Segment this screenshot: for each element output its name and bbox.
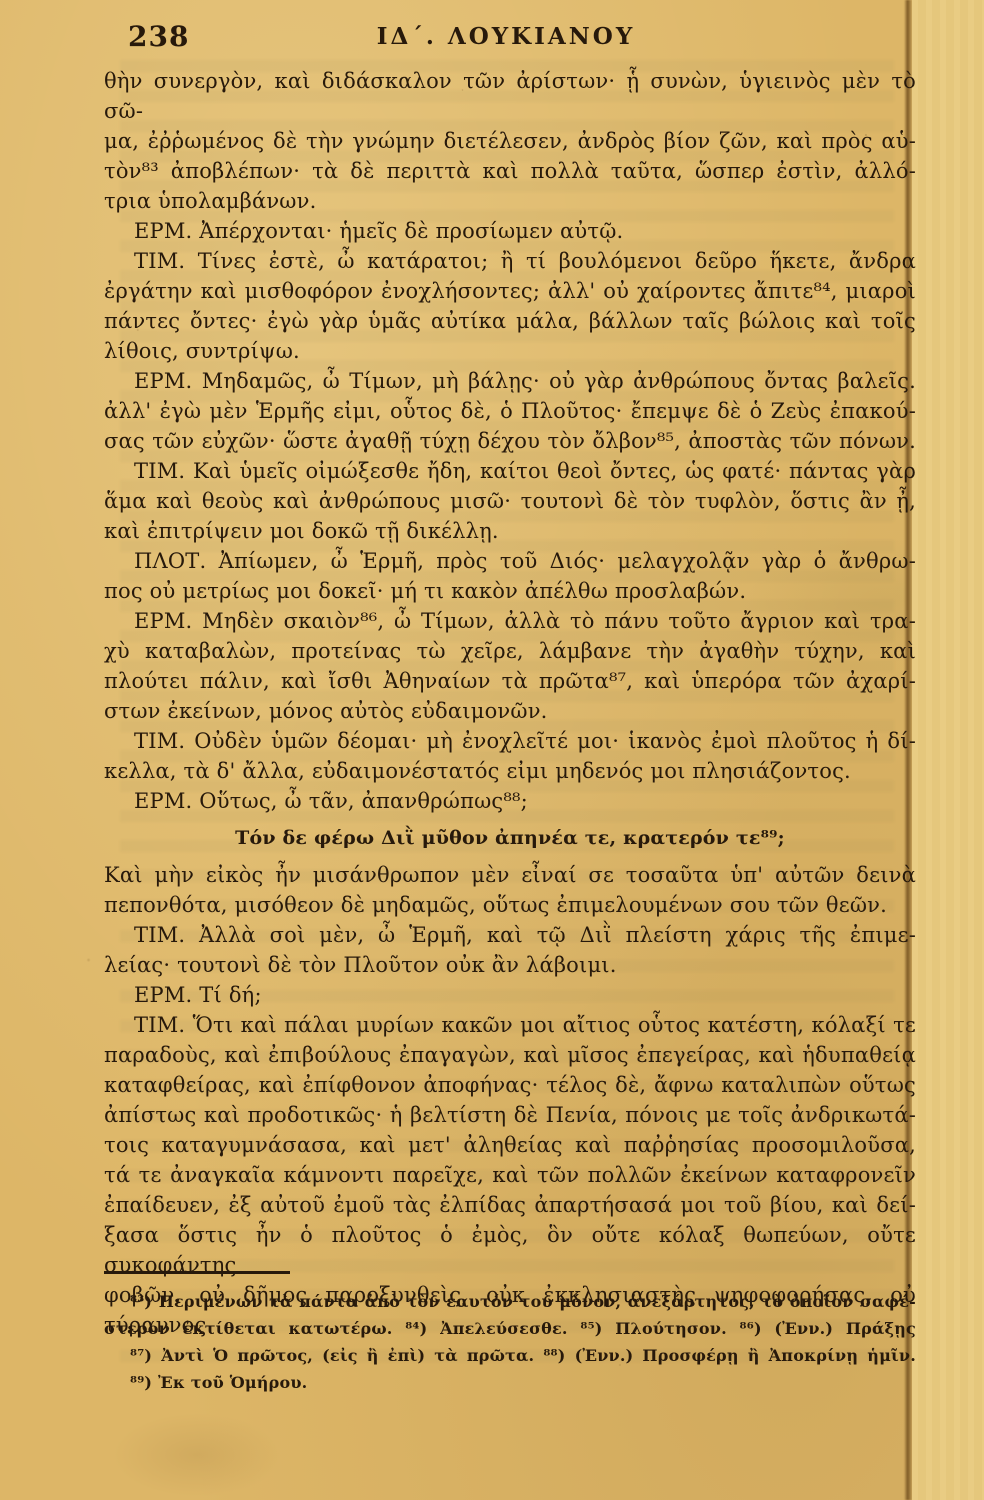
text-line: ΤΙΜ. Τίνες ἐστὲ, ὦ κατάρατοι; ἢ τί βουλό… [104, 246, 916, 276]
text-line: πεπονθότα, μισόθεον δὲ μηδαμῶς, οὕτως ἐπ… [104, 890, 916, 920]
text-line: πάντες ὄντες· ἐγὼ γὰρ ὑμᾶς αὐτίκα μάλα, … [104, 306, 916, 336]
text-line: ΠΛΟΤ. Ἀπίωμεν, ὦ Ἑρμῆ, πρὸς τοῦ Διός· με… [104, 546, 916, 576]
running-title: ΙΔ΄. ΛΟΥΚΙΑΝΟΥ [104, 23, 908, 50]
text-line: ἀλλ' ἐγὼ μὲν Ἑρμῆς εἰμι, οὗτος δὲ, ὁ Πλο… [104, 396, 916, 426]
text-line: ἐπαίδευεν, ἐξ αὐτοῦ ἐμοῦ τὰς ἐλπίδας ἀπα… [104, 1190, 916, 1220]
footnote-line: ⁸³) Περιμένων τὰ πάντα ἀπὸ τὸν ἑαυτόν το… [104, 1288, 916, 1315]
text-line: ἀπίστως καὶ προδοτικῶς· ἡ βελτίστη δὲ Πε… [104, 1100, 916, 1130]
text-line: λείας· τουτονὶ δὲ τὸν Πλοῦτον οὐκ ἂν λάβ… [104, 950, 916, 980]
text-line: ΕΡΜ. Οὕτως, ὦ τᾶν, ἀπανθρώπως⁸⁸; [104, 786, 916, 816]
text-line: ΤΙΜ. Ἀλλὰ σοὶ μὲν, ὦ Ἑρμῆ, καὶ τῷ Διῒ πλ… [104, 920, 916, 950]
text-line: Καὶ μὴν εἰκὸς ἦν μισάνθρωπον μὲν εἶναί σ… [104, 860, 916, 890]
text-line: ΕΡΜ. Τί δή; [104, 980, 916, 1010]
text-line: καὶ ἐπιτρίψειν μοι δοκῶ τῇ δικέλλῃ. [104, 516, 916, 546]
text-line: ἐργάτην καὶ μισθοφόρον ἐνοχλήσοντες; ἀλλ… [104, 276, 916, 306]
text-line: σας τῶν εὐχῶν· ὥστε ἀγαθῇ τύχῃ δέχου τὸν… [104, 426, 916, 456]
footnote-line: ⁸⁷) Ἀντὶ Ὁ πρῶτος, (εἰς ἢ ἐπὶ) τὰ πρῶτα.… [104, 1342, 916, 1369]
text-line: ΕΡΜ. Ἀπέρχονται· ἡμεῖς δὲ προσίωμεν αὐτῷ… [104, 216, 916, 246]
text-line: στων ἐκείνων, μόνος αὐτὸς εὐδαιμονῶν. [104, 696, 916, 726]
page-header: 238 ΙΔ΄. ΛΟΥΚΙΑΝΟΥ [104, 20, 908, 60]
text-line: τρια ὑπολαμβάνων. [104, 186, 916, 216]
text-line: πος οὐ μετρίως μοι δοκεῖ· μή τι κακὸν ἀπ… [104, 576, 916, 606]
text-line: τά τε ἀναγκαῖα κάμνοντι παρεῖχε, καὶ τῶν… [104, 1160, 916, 1190]
text-line: ΤΙΜ. Καὶ ὑμεῖς οἰμώξεσθε ἤδη, καίτοι θεο… [104, 456, 916, 486]
text-line: ΤΙΜ. Ὅτι καὶ πάλαι μυρίων κακῶν μοι αἴτι… [104, 1010, 916, 1040]
text-line: θὴν συνεργὸν, καὶ διδάσκαλον τῶν ἀρίστων… [104, 66, 916, 126]
text-line: ΤΙΜ. Οὐδὲν ὑμῶν δέομαι· μὴ ἐνοχλεῖτέ μοι… [104, 726, 916, 756]
text-line: ΕΡΜ. Μηδὲν σκαιὸν⁸⁶, ὦ Τίμων, ἀλλὰ τὸ πά… [104, 606, 916, 636]
text-line: μα, ἐῤῥωμένος δὲ τὴν γνώμην διετέλεσεν, … [104, 126, 916, 156]
text-line: τοις καταγυμνάσασα, καὶ μετ' ἀληθείας κα… [104, 1130, 916, 1160]
text-line: κελλα, τὰ δ' ἄλλα, εὐδαιμονέστατός εἰμι … [104, 756, 916, 786]
text-line: πλούτει πάλιν, καὶ ἴσθι Ἀθηναίων τὰ πρῶτ… [104, 666, 916, 696]
text-line: ΕΡΜ. Μηδαμῶς, ὦ Τίμων, μὴ βάλῃς· οὐ γὰρ … [104, 366, 916, 396]
book-page-scan: 238 ΙΔ΄. ΛΟΥΚΙΑΝΟΥ θὴν συνεργὸν, καὶ διδ… [0, 0, 984, 1500]
text-line: ἅμα καὶ θεοὺς καὶ ἀνθρώπους μισῶ· τουτον… [104, 486, 916, 516]
text-line: λίθοις, συντρίψω. [104, 336, 916, 366]
text-line: Τόν δε φέρω Διῒ μῦθον ἀπηνέα τε, κρατερό… [104, 823, 916, 853]
footnotes: ⁸³) Περιμένων τὰ πάντα ἀπὸ τὸν ἑαυτόν το… [104, 1288, 916, 1396]
footnote-separator [104, 1271, 290, 1274]
text-line: χὺ καταβαλὼν, προτείνας τὼ χεῖρε, λάμβαν… [104, 636, 916, 666]
text-line: παραδοὺς, καὶ ἐπιβούλους ἐπαγαγὼν, καὶ μ… [104, 1040, 916, 1070]
page-edge-strip [912, 0, 984, 1500]
body-text: θὴν συνεργὸν, καὶ διδάσκαλον τῶν ἀρίστων… [104, 66, 916, 1340]
footnote-line: ⁸⁹) Ἐκ τοῦ Ὁμήρου. [104, 1369, 916, 1396]
text-line: τὸν⁸³ ἀποβλέπων· τὰ δὲ περιττὰ καὶ πολλὰ… [104, 156, 916, 186]
footnote-line: στερον ἐκτίθεται κατωτέρω. ⁸⁴) Ἀπελεύσεσ… [104, 1315, 916, 1342]
text-line: καταφθείρας, καὶ ἐπίφθονον ἀποφήνας· τέλ… [104, 1070, 916, 1100]
